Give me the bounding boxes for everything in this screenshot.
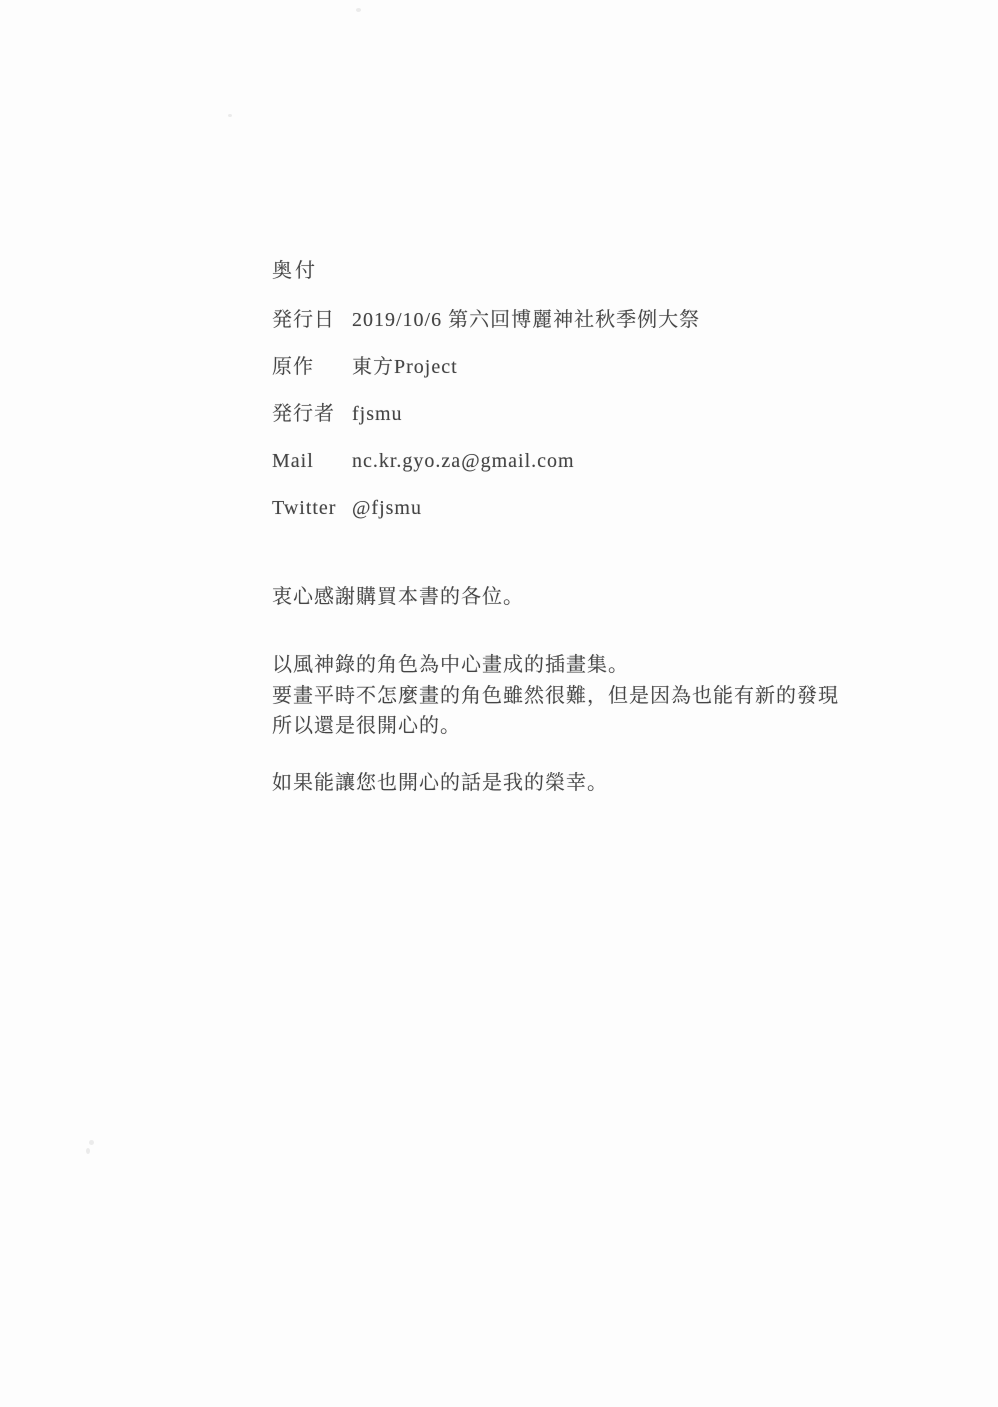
scan-speckle <box>89 1140 94 1145</box>
twitter-handle: @fjsmu <box>352 497 422 519</box>
colophon-row-mail: Mailnc.kr.gyo.za@gmail.com <box>272 450 700 497</box>
afterword-line: 以風神錄的角色為中心畫成的插畫集。 <box>272 650 839 681</box>
afterword-line: 所以還是很開心的。 <box>272 711 839 742</box>
colophon-row-publisher: 発行者fjsmu <box>272 403 700 450</box>
thanks-line: 衷心感謝購買本書的各位。 <box>272 586 524 608</box>
publisher-value: fjsmu <box>352 403 403 425</box>
colophon-row-original-work: 原作東方Project <box>272 356 700 403</box>
original-work-label: 原作 <box>272 356 352 378</box>
mail-value: nc.kr.gyo.za@gmail.com <box>352 450 575 472</box>
colophon-page: 奥付 発行日2019/10/6 第六回博麗神社秋季例大祭 原作東方Project… <box>0 0 998 1407</box>
afterword-line: 要畫平時不怎麼畫的角色雖然很難，但是因為也能有新的發現 <box>272 681 839 712</box>
publisher-label: 発行者 <box>272 403 352 425</box>
colophon-row-publish-date: 発行日2019/10/6 第六回博麗神社秋季例大祭 <box>272 309 700 356</box>
publish-date-label: 発行日 <box>272 309 352 331</box>
original-work-value: 東方Project <box>352 356 458 378</box>
twitter-label: Twitter <box>272 497 352 519</box>
colophon-row-twitter: Twitter@fjsmu <box>272 497 700 544</box>
closing-line: 如果能讓您也開心的話是我的榮幸。 <box>272 772 608 794</box>
scan-speckle <box>86 1148 90 1154</box>
page-title: 奥付 <box>272 260 318 282</box>
scan-speckle <box>228 114 232 117</box>
mail-label: Mail <box>272 450 352 472</box>
afterword-paragraph: 以風神錄的角色為中心畫成的插畫集。 要畫平時不怎麼畫的角色雖然很難，但是因為也能… <box>272 650 839 742</box>
scan-speckle <box>356 8 361 12</box>
publish-date-value: 2019/10/6 第六回博麗神社秋季例大祭 <box>352 309 700 331</box>
colophon-info: 発行日2019/10/6 第六回博麗神社秋季例大祭 原作東方Project 発行… <box>272 309 700 544</box>
